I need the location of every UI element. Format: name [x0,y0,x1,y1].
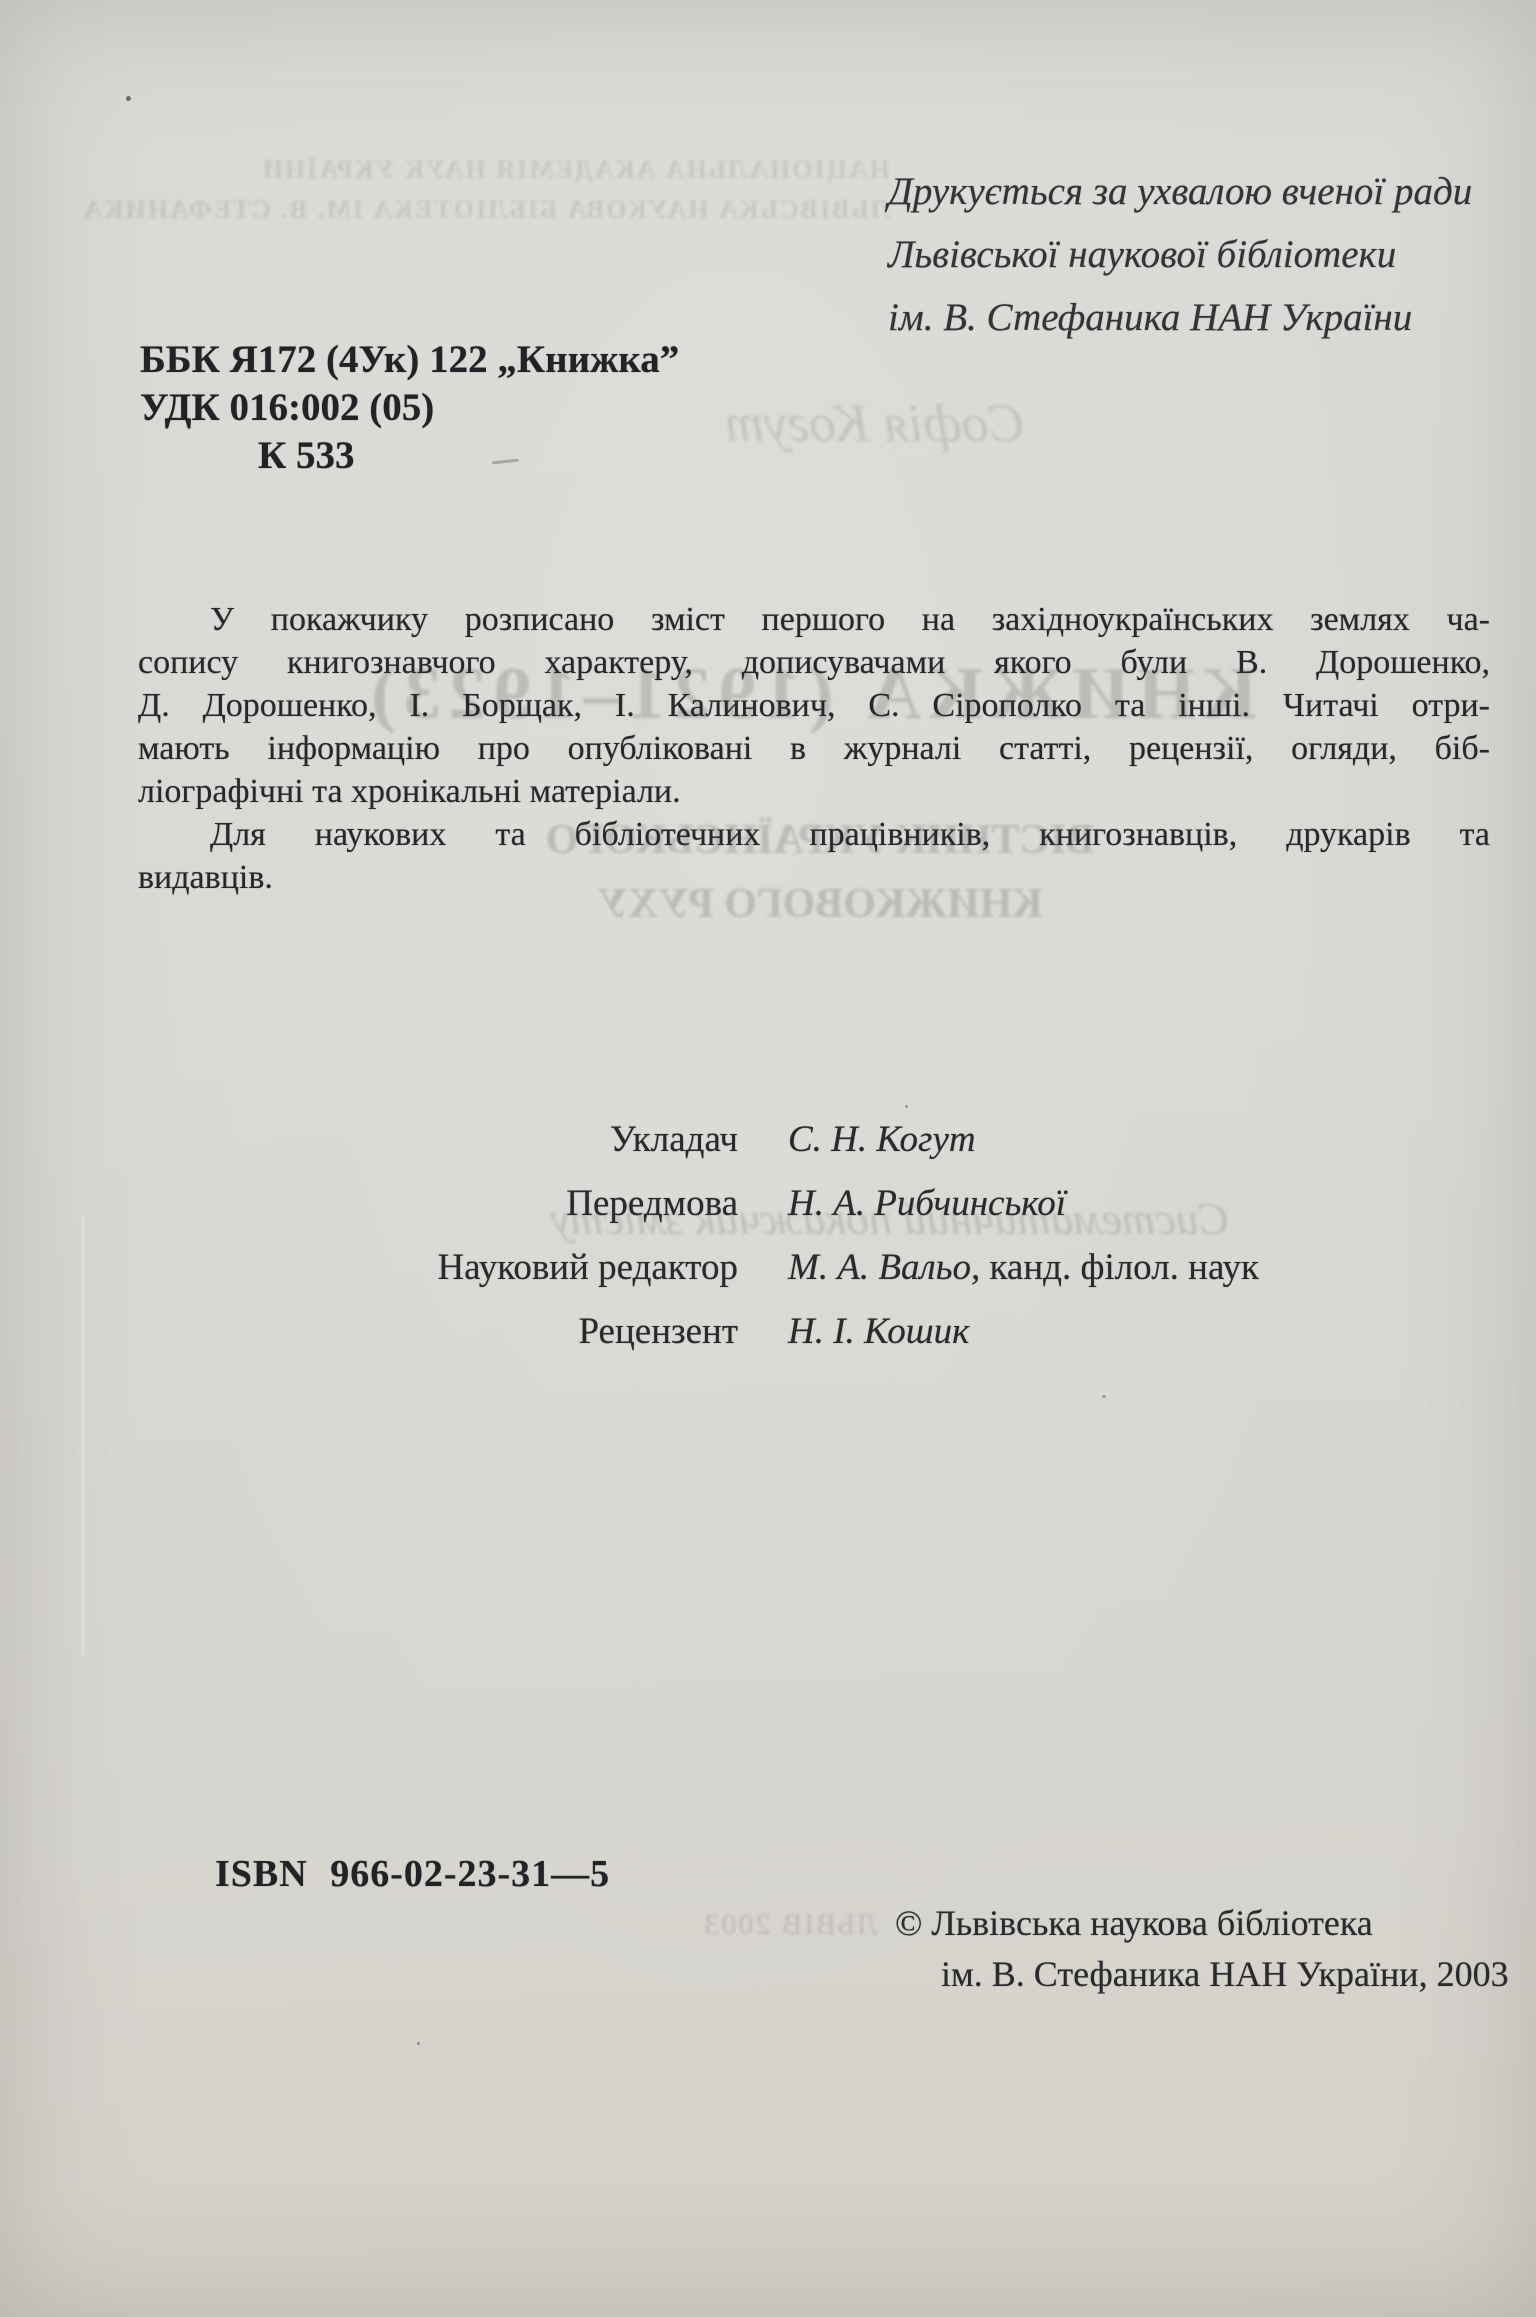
paper-speck [417,2042,420,2045]
audience-line: видавців. [138,856,1490,899]
credits-block: Укладач С. Н. Когут Передмова Н. А. Рибч… [138,1118,1418,1374]
annotation-line: сопису книгознавчого характеру, дописува… [138,641,1490,684]
credit-name: Н. І. Кошик [738,1310,969,1353]
bbk-code: ББК Я172 (4Ук) 122 „Книжка” [140,336,679,384]
annotation-line: У покажчику розписано зміст першого на з… [138,598,1490,641]
credit-note: канд. філол. наук [980,1247,1259,1288]
paper-speck [1102,1395,1106,1398]
annotation-line: мають інформацію про опубліковані в журн… [138,727,1490,770]
copyright-notice: © Львівська наукова бібліотека ім. В. Ст… [895,1898,1509,2000]
annotation-line: Д. Дорошенко, І. Борщак, І. Калинович, С… [138,684,1490,727]
audience-line: Для наукових та бібліотечних працівників… [138,813,1490,856]
copyright-line-2: ім. В. Стефаника НАН України, 2003 [941,1949,1509,2000]
udk-code: УДК 016:002 (05) [140,384,679,432]
printed-content: Друкується за ухвалою вченої ради Львівс… [0,0,1536,2317]
credit-role: Укладач [138,1118,738,1161]
credit-name-text: Н. А. Рибчинської [788,1183,1066,1224]
credit-row-science-editor: Науковий редактор М. А. Вальо, канд. філ… [138,1246,1418,1310]
credit-role: Передмова [138,1182,738,1225]
credit-role: Науковий редактор [138,1246,738,1289]
credit-name-text: М. А. Вальо, [788,1247,980,1288]
paper-speck [126,96,131,101]
credit-name: С. Н. Когут [738,1118,976,1161]
author-mark: К 533 [140,432,679,480]
credit-row-reviewer: Рецензент Н. І. Кошик [138,1310,1418,1374]
credit-name-text: С. Н. Когут [788,1119,976,1160]
paper-speck [905,1105,908,1108]
approval-line-2: Львівської наукової бібліотеки [888,223,1472,286]
credit-role: Рецензент [138,1310,738,1353]
isbn-number: ISBN 966-02-23-31—5 [215,1852,610,1896]
scanned-imprint-page: НАЦІОНАЛЬНА АКАДЕМІЯ НАУК УКРАЇНИ ЛЬВІВС… [0,0,1536,2317]
credit-row-compiler: Укладач С. Н. Когут [138,1118,1418,1182]
credit-name: М. А. Вальо, канд. філол. наук [738,1246,1259,1289]
credit-row-foreword: Передмова Н. А. Рибчинської [138,1182,1418,1246]
annotation-line: ліографічні та хронікальні матеріали. [138,770,1490,813]
credit-name: Н. А. Рибчинської [738,1182,1066,1225]
annotation-paragraph: У покажчику розписано зміст першого на з… [138,598,1490,899]
credit-name-text: Н. І. Кошик [788,1311,969,1352]
copyright-line-1: © Львівська наукова бібліотека [895,1898,1509,1949]
approval-line-3: ім. В. Стефаника НАН України [888,286,1472,349]
classification-block: ББК Я172 (4Ук) 122 „Книжка” УДК 016:002 … [140,336,679,480]
approval-note: Друкується за ухвалою вченої ради Львівс… [888,160,1472,349]
approval-line-1: Друкується за ухвалою вченої ради [888,160,1472,223]
